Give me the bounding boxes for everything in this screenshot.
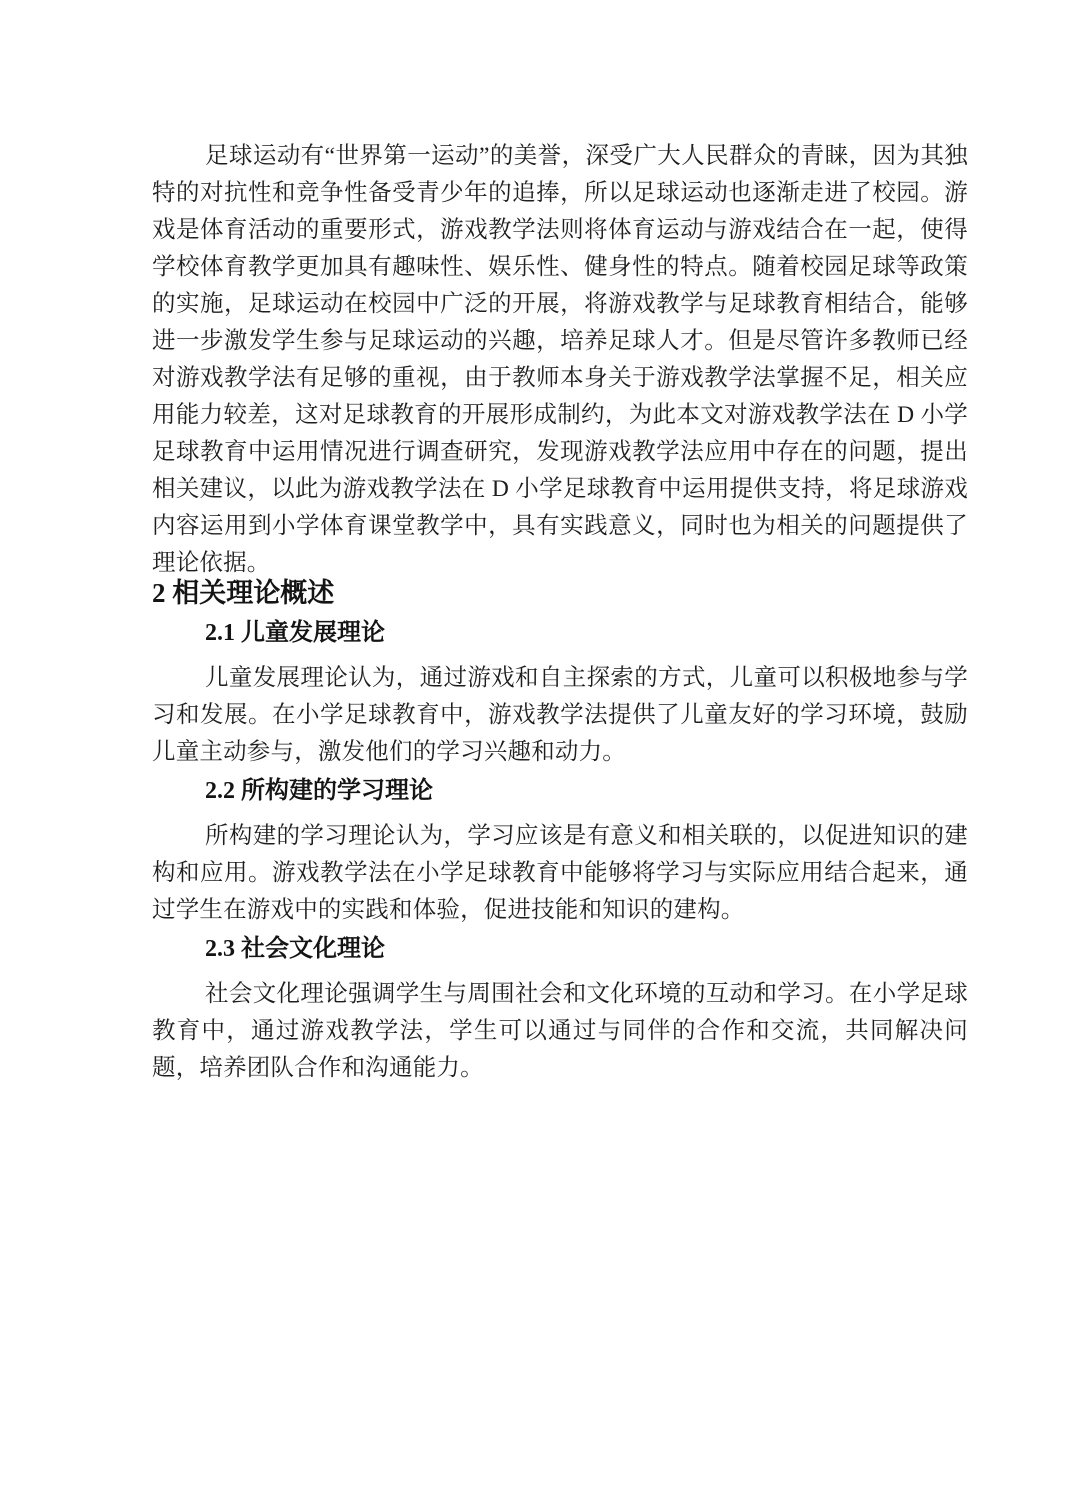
subsection-paragraph-2-2: 所构建的学习理论认为，学习应该是有意义和相关联的，以促进知识的建构和应用。游戏教…: [152, 818, 968, 929]
intro-paragraph: 足球运动有“世界第一运动”的美誉，深受广大人民群众的青睐，因为其独特的对抗性和竞…: [152, 138, 968, 582]
subsection-2-2: 2.2 所构建的学习理论 所构建的学习理论认为，学习应该是有意义和相关联的，以促…: [152, 773, 968, 929]
subsection-heading-2-3: 2.3 社会文化理论: [152, 931, 968, 968]
subsection-heading-2-2: 2.2 所构建的学习理论: [152, 773, 968, 810]
subsection-paragraph-2-1: 儿童发展理论认为，通过游戏和自主探索的方式，儿童可以积极地参与学习和发展。在小学…: [152, 660, 968, 771]
subsection-2-3: 2.3 社会文化理论 社会文化理论强调学生与周围社会和文化环境的互动和学习。在小…: [152, 931, 968, 1087]
section-heading-2: 2 相关理论概述: [152, 573, 968, 613]
document-page: 足球运动有“世界第一运动”的美誉，深受广大人民群众的青睐，因为其独特的对抗性和竞…: [0, 0, 1080, 1498]
subsection-paragraph-2-3: 社会文化理论强调学生与周围社会和文化环境的互动和学习。在小学足球教育中，通过游戏…: [152, 976, 968, 1087]
subsection-heading-2-1: 2.1 儿童发展理论: [152, 615, 968, 652]
document-content: 足球运动有“世界第一运动”的美誉，深受广大人民群众的青睐，因为其独特的对抗性和竞…: [152, 138, 968, 1087]
subsection-2-1: 2.1 儿童发展理论 儿童发展理论认为，通过游戏和自主探索的方式，儿童可以积极地…: [152, 615, 968, 771]
